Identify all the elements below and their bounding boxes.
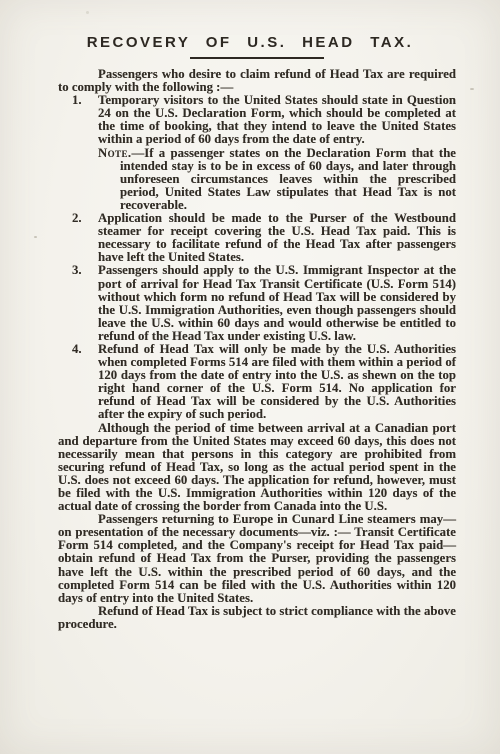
note-label: Note. <box>98 146 131 160</box>
list-item-text: Passengers should apply to the U.S. Immi… <box>98 264 456 343</box>
list-item-body: Application should be made to the Purser… <box>98 212 456 264</box>
list-item-1: 1. Temporary visitors to the United Stat… <box>58 94 456 212</box>
list-item-4: 4. Refund of Head Tax will only be made … <box>58 343 456 422</box>
list-item-body: Temporary visitors to the United States … <box>98 94 456 212</box>
list-item-number: 1. <box>72 94 94 107</box>
scan-speck <box>470 88 474 90</box>
note-paragraph: Note.—If a passenger states on the Decla… <box>98 147 456 212</box>
list-item-2: 2. Application should be made to the Pur… <box>58 212 456 264</box>
document-page: RECOVERY OF U.S. HEAD TAX. Passengers wh… <box>0 0 500 754</box>
note-text: —If a passenger states on the Declaratio… <box>120 146 456 212</box>
list-item-3: 3. Passengers should apply to the U.S. I… <box>58 264 456 343</box>
list-item-body: Passengers should apply to the U.S. Immi… <box>98 264 456 343</box>
document-body: Passengers who desire to claim refund of… <box>0 59 500 631</box>
body-paragraph-1: Although the period of time between arri… <box>58 422 456 514</box>
scan-speck <box>86 11 89 14</box>
list-item-text: Refund of Head Tax will only be made by … <box>98 343 456 422</box>
body-paragraph-2: Passengers returning to Europe in Cunard… <box>58 513 456 605</box>
list-item-number: 3. <box>72 264 94 277</box>
list-item-body: Refund of Head Tax will only be made by … <box>98 343 456 422</box>
list-item-text: Temporary visitors to the United States … <box>98 94 456 146</box>
intro-paragraph: Passengers who desire to claim refund of… <box>58 68 456 94</box>
list-item-number: 2. <box>72 212 94 225</box>
list-item-text: Application should be made to the Purser… <box>98 212 456 264</box>
scan-speck <box>34 236 37 238</box>
page-title: RECOVERY OF U.S. HEAD TAX. <box>0 34 500 51</box>
body-paragraph-3: Refund of Head Tax is subject to strict … <box>58 605 456 631</box>
list-item-number: 4. <box>72 343 94 356</box>
